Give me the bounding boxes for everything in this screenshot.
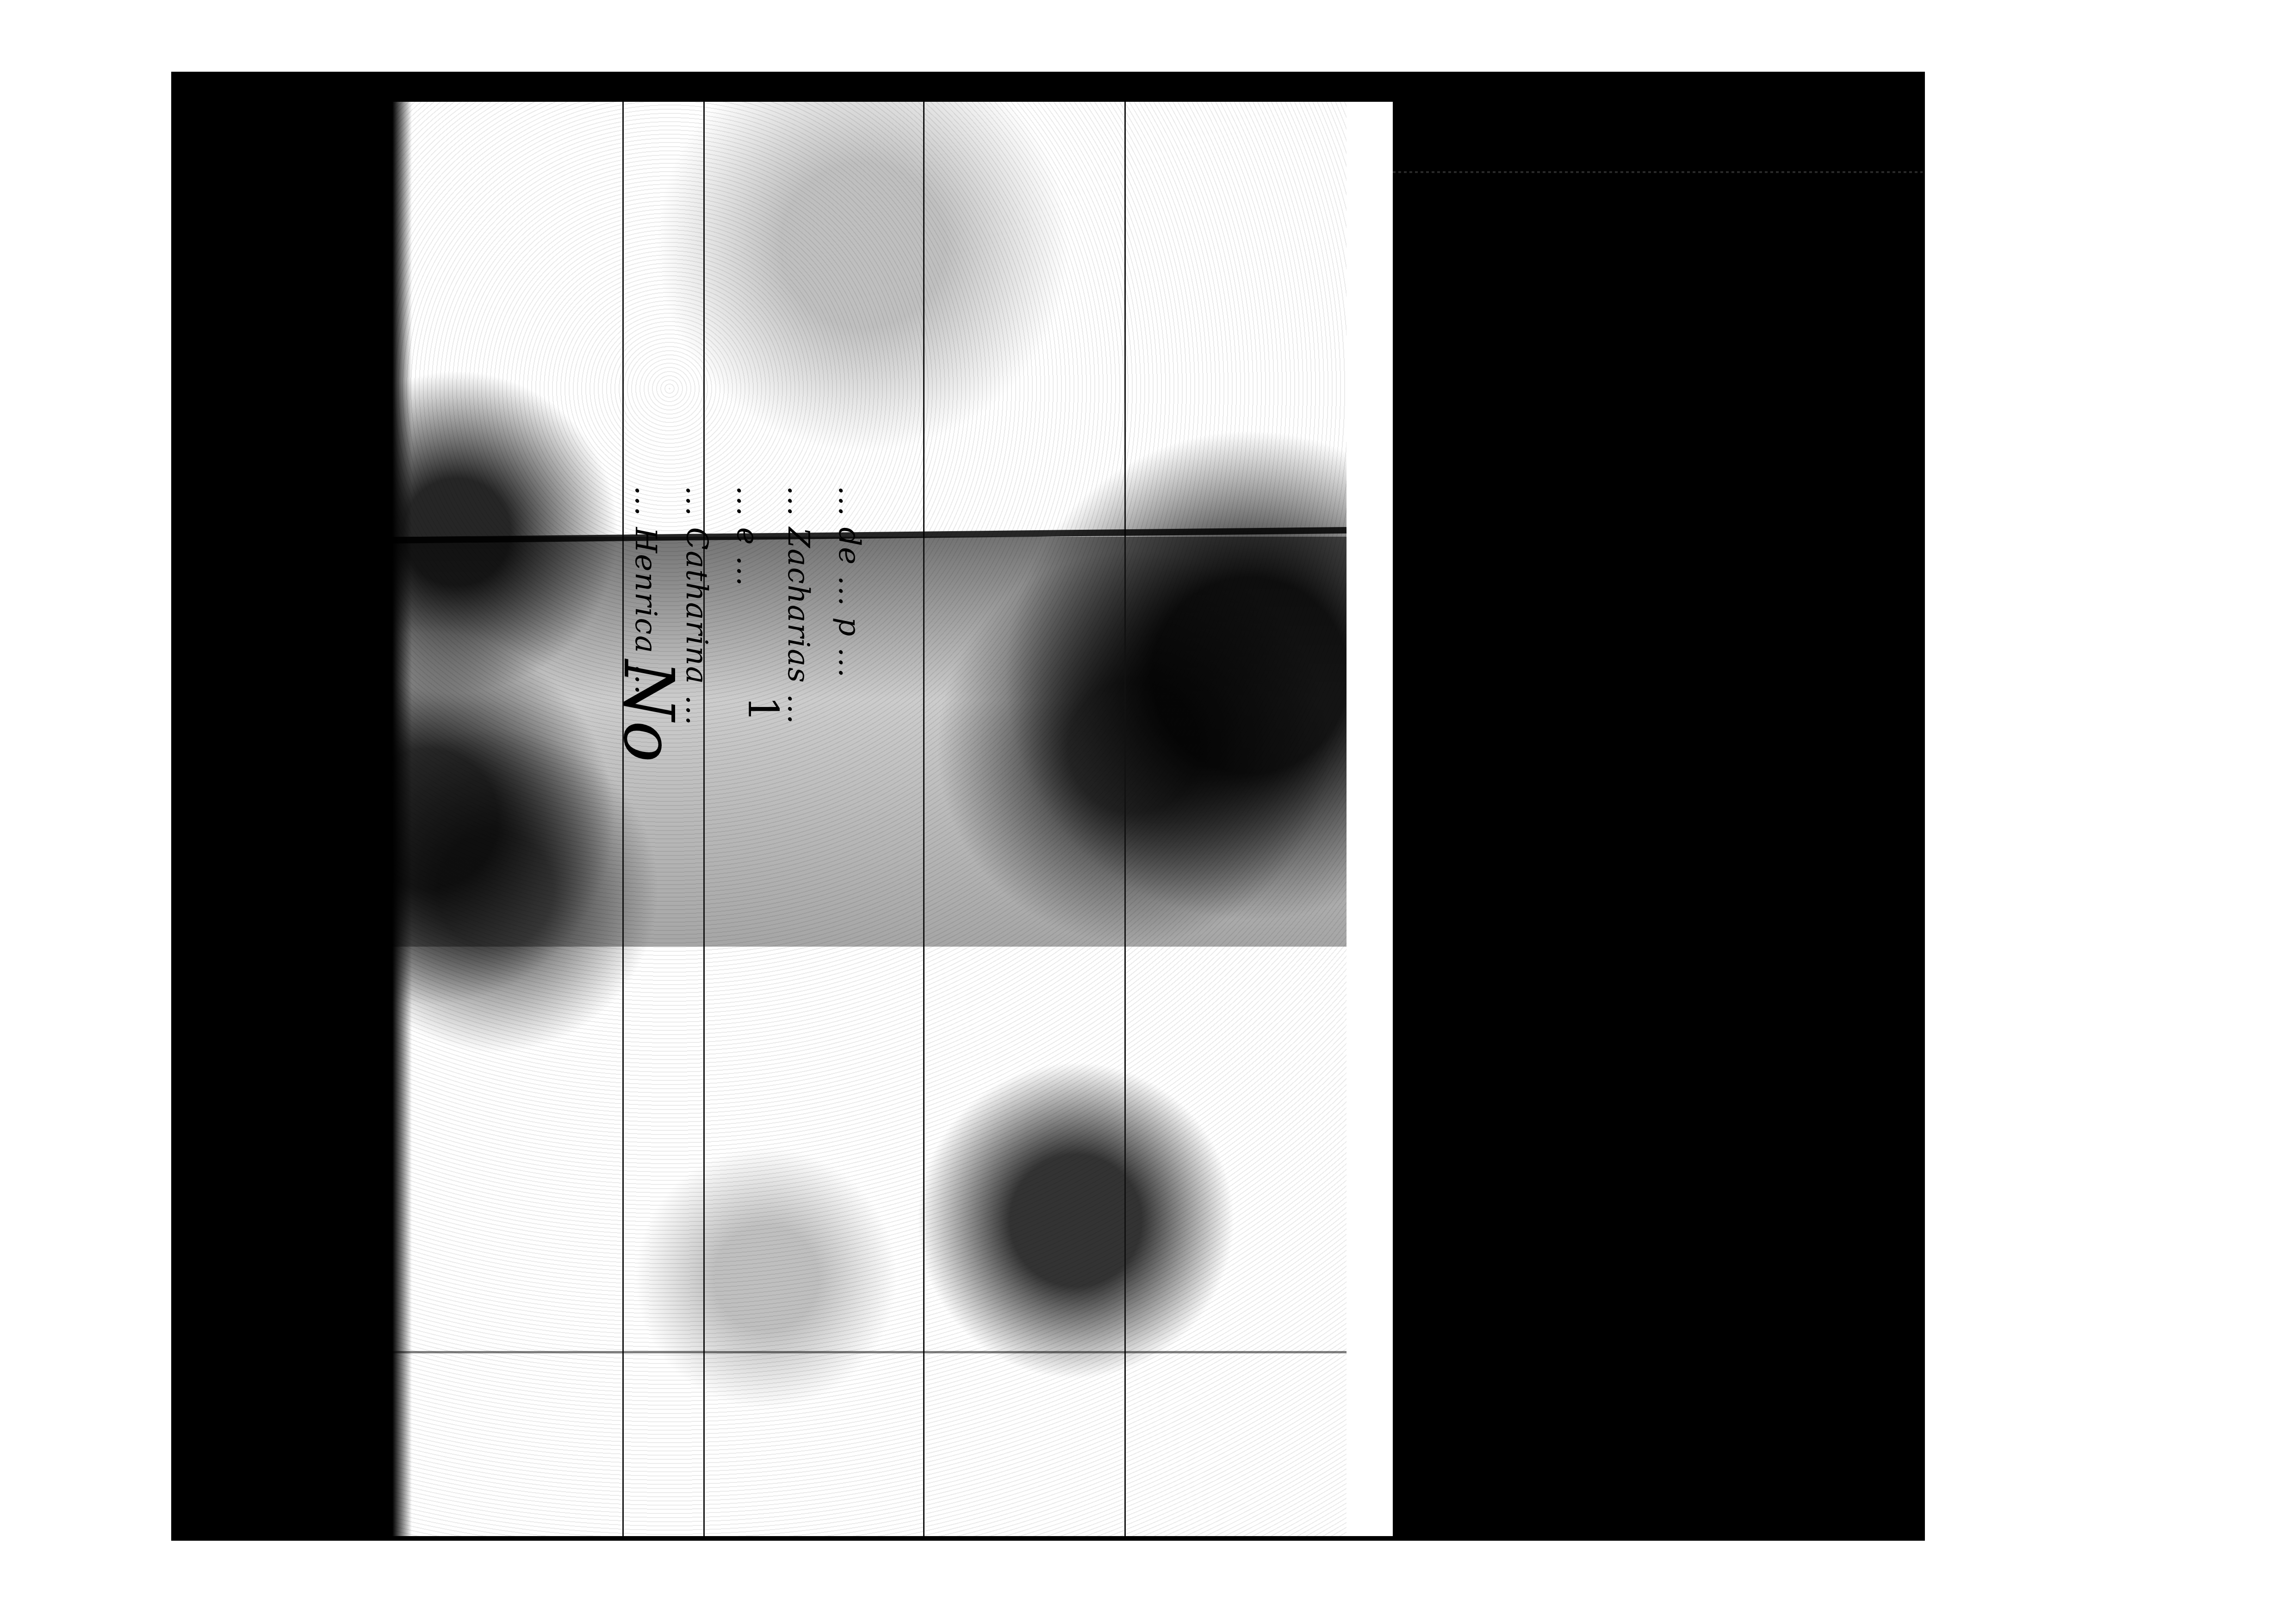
column-rule	[1124, 102, 1126, 1536]
scanner-cover-area	[1393, 74, 1923, 1538]
page-edge	[1344, 102, 1393, 1536]
handwritten-line: ... de ... p ...	[824, 486, 875, 1180]
handwritten-line: ... e ...	[722, 486, 773, 1180]
fold-line	[379, 1351, 1347, 1353]
handwritten-line: ... Catharina ...	[671, 486, 722, 1180]
scanner-edge-line	[1393, 171, 1923, 173]
handwritten-line: ... Henrica ...	[620, 486, 671, 1180]
column-rule	[923, 102, 925, 1536]
binding-shadow	[379, 102, 412, 1536]
handwritten-entry: ... de ... p ... ... Zacharias ... ... e…	[652, 486, 875, 1180]
handwritten-line: ... Zacharias ...	[773, 486, 824, 1180]
